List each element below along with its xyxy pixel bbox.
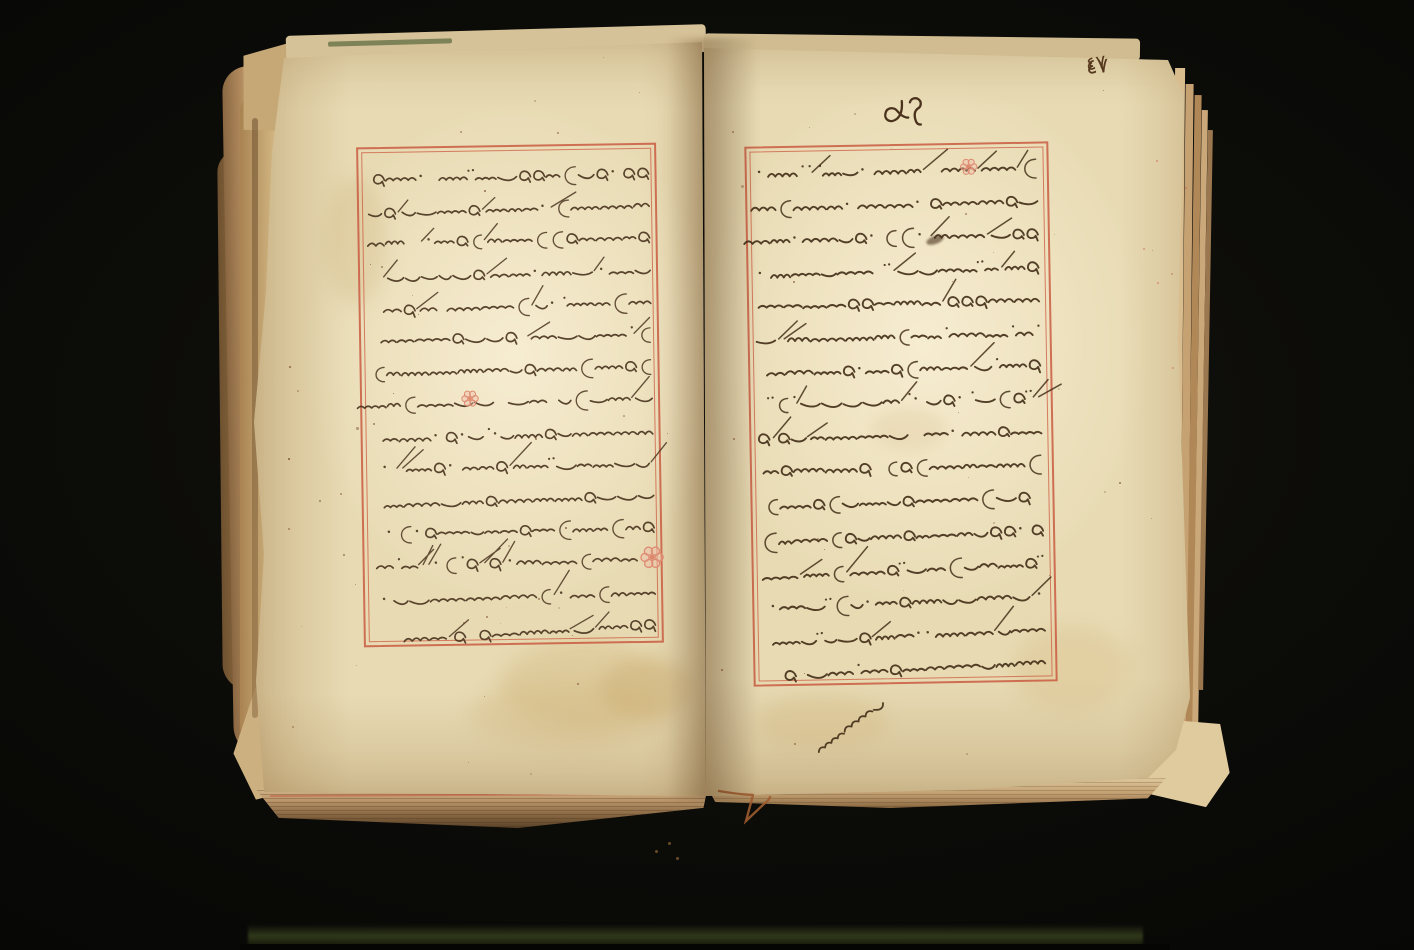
rosette-ornament — [460, 389, 480, 409]
folio-number-arabic-2: ٤٧ — [1084, 51, 1108, 76]
table-edge-strip — [248, 924, 1143, 946]
left-text-block — [356, 143, 664, 648]
folio-number-devanagari — [880, 92, 926, 138]
manuscript-photograph: ٤٧ ٤٧ — [0, 0, 1414, 950]
rosette-ornament — [638, 544, 665, 571]
right-text-block — [744, 141, 1057, 686]
folio-number-arabic: ٤٧ ٤٧ — [1086, 54, 1182, 94]
table-edge-shadow — [240, 944, 1170, 950]
rosette-ornament — [958, 157, 978, 177]
